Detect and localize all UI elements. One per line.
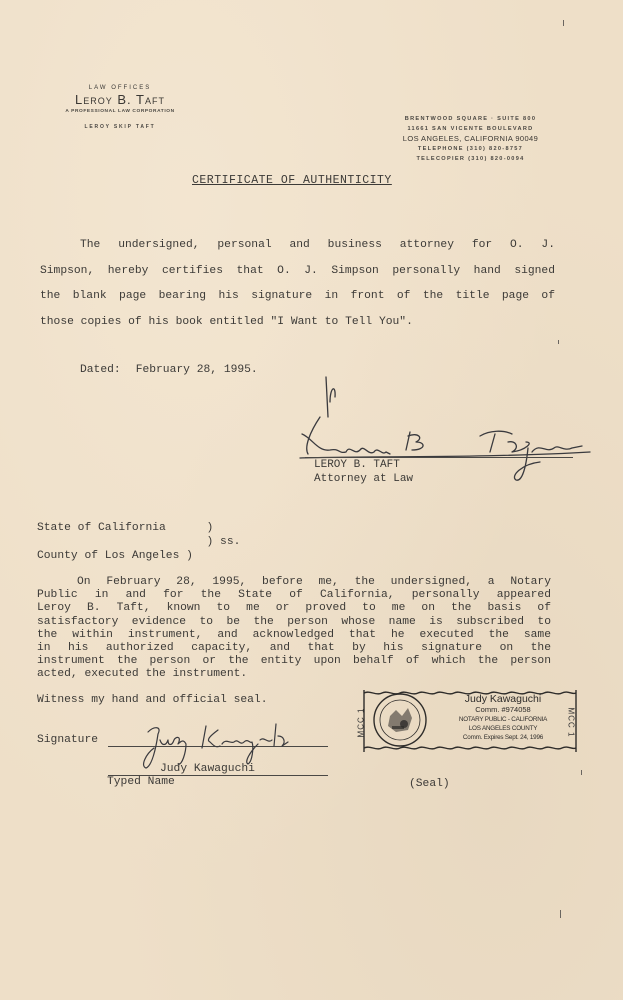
firm-name: Leroy B. Taft [40, 92, 200, 107]
letterhead-address: BRENTWOOD SQUARE · SUITE 800 11661 SAN V… [383, 114, 558, 164]
attorney-name: LEROY B. TAFT [314, 458, 413, 472]
paragraph-line: the within instrument, and acknowledged … [37, 629, 551, 642]
seal-notary-public: NOTARY PUBLIC - CALIFORNIA [428, 715, 578, 724]
partner-name: LEROY SKIP TAFT [40, 124, 200, 130]
paragraph-line: those copies of his book entitled "I Wan… [40, 310, 555, 336]
firm-subtitle: A PROFESSIONAL LAW CORPORATION [40, 109, 200, 114]
law-offices-heading: LAW OFFICES [40, 85, 200, 91]
telecopier: TELECOPIER (310) 820-0094 [383, 154, 558, 164]
paragraph-line: in his authorized capacity, and that by … [37, 642, 551, 655]
venue-county: County of Los Angeles ) [37, 549, 240, 563]
venue-block: State of California ) ) ss.County of Los… [37, 521, 240, 563]
venue-ss: ) ss. [37, 535, 240, 549]
seal-expiration: Comm. Expires Sept. 24, 1996 [428, 733, 578, 742]
paragraph-line: Public in and for the State of Californi… [37, 589, 551, 602]
attorney-title: Attorney at Law [314, 472, 413, 486]
paragraph-line: instrument the person or the entity upon… [37, 655, 551, 668]
paragraph-line: the blank page bearing his signature in … [40, 284, 555, 310]
seal-label: (Seal) [409, 778, 450, 790]
seal-text-block: Judy Kawaguchi Comm. #974058 NOTARY PUBL… [428, 693, 578, 742]
typed-name-value: Judy Kawaguchi [160, 763, 255, 775]
telephone: TELEPHONE (310) 820-8757 [383, 144, 558, 154]
attorney-signature-block: LEROY B. TAFT Attorney at Law [314, 458, 413, 486]
date-line: Dated:February 28, 1995. [80, 364, 258, 376]
typed-name-label: Typed Name [107, 776, 175, 788]
signature-label: Signature [37, 734, 98, 746]
dated-label: Dated: [80, 364, 121, 376]
paragraph-line: Simpson, hereby certifies that O. J. Sim… [40, 259, 555, 285]
paper-speck [563, 20, 564, 26]
address-line-1: BRENTWOOD SQUARE · SUITE 800 [383, 114, 558, 124]
paragraph-line: On February 28, 1995, before me, the und… [37, 576, 551, 589]
notary-acknowledgment-paragraph: On February 28, 1995, before me, the und… [37, 576, 551, 682]
certification-paragraph: The undersigned, personal and business a… [40, 233, 555, 336]
seal-notary-name: Judy Kawaguchi [428, 693, 578, 705]
seal-side-text-left: MCC 1 [356, 708, 365, 738]
paragraph-line: The undersigned, personal and business a… [40, 233, 555, 259]
address-city: LOS ANGELES, CALIFORNIA 90049 [383, 134, 558, 144]
venue-state: State of California ) [37, 521, 240, 535]
witness-statement: Witness my hand and official seal. [37, 694, 268, 706]
seal-county: LOS ANGELES COUNTY [428, 724, 578, 733]
seal-commission-number: Comm. #974058 [428, 705, 578, 715]
paper-speck [560, 910, 561, 918]
document-title: CERTIFICATE OF AUTHENTICITY [192, 174, 392, 187]
letterhead-left: LAW OFFICES Leroy B. Taft A PROFESSIONAL… [40, 85, 200, 130]
dated-value: February 28, 1995. [136, 364, 258, 376]
paragraph-line: Leroy B. Taft, known to me or proved to … [37, 602, 551, 615]
paragraph-line: acted, executed the instrument. [37, 668, 551, 681]
paper-speck [558, 340, 559, 344]
paper-speck [581, 770, 582, 775]
address-line-2: 11661 SAN VICENTE BOULEVARD [383, 124, 558, 134]
paragraph-line: satisfactory evidence to be the person w… [37, 616, 551, 629]
